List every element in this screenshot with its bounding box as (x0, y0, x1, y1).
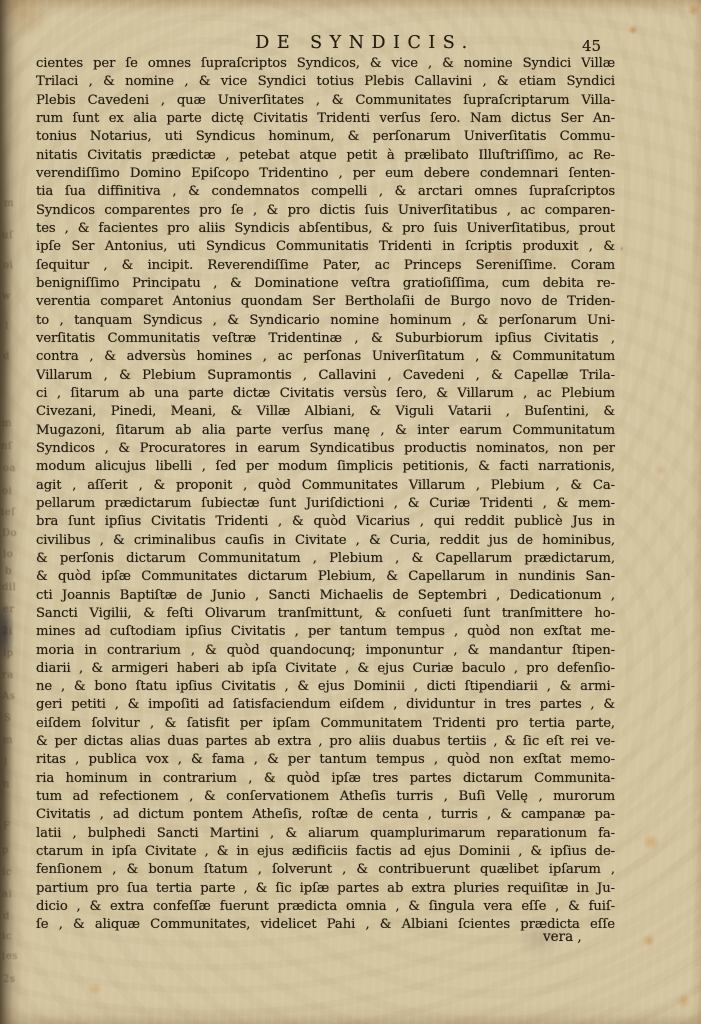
text-line: civilibus , & criminalibus cauſis in Civ… (36, 532, 615, 550)
text-line: ritas , publica vox , & fama , & per tan… (36, 751, 615, 769)
text-line: benigniſſimo Principatu , & Dominatione … (36, 275, 615, 293)
text-line: tia ſua diffinitiva , & condemnatos comp… (36, 183, 615, 201)
catchword: vera , (543, 929, 582, 945)
text-line: ria hominum in contrarium , & quòd ipſæ … (36, 770, 615, 788)
text-line: mines ad cuſtodiam ipſius Civitatis , pe… (36, 623, 615, 641)
text-line: modum alicujus libelli , ſed per modum ſ… (36, 458, 615, 476)
text-line: bra ſunt ipſius Civitatis Tridenti , & q… (36, 513, 615, 531)
text-line: eiſdem ſolvitur , & ſatisfit per ipſam C… (36, 715, 615, 733)
text-line: latii , bulphedi Sancti Martini , & alia… (36, 825, 615, 843)
text-line: & per dictas alias duas partes ab extra … (36, 733, 615, 751)
text-line: Sancti Vigilii, & feſti Olivarum tranſmi… (36, 605, 615, 623)
text-block: cientes per ſe omnes ſupraſcriptos Syndi… (36, 55, 615, 935)
text-line: dicio , & extra confeſſæ fuerunt prædict… (36, 898, 615, 916)
text-line: agit , aſſerit , & proponit , quòd Commu… (36, 477, 615, 495)
text-line: ne , & bono ſtatu ipſius Civitatis , & e… (36, 678, 615, 696)
text-line: tonius Notarius, uti Syndicus hominum, &… (36, 128, 615, 146)
text-line: Plebis Cavedeni , quæ Univerſitates , & … (36, 92, 615, 110)
page-number: 45 (582, 37, 601, 55)
text-line: ci , ſitarum ab una parte dictæ Civitati… (36, 385, 615, 403)
text-line: Trilaci , & nomine , & vice Syndici toti… (36, 73, 615, 91)
text-line: to , tanquam Syndicus , & Syndicario nom… (36, 312, 615, 330)
book-page: muſoiwldmnſoaoiieſDolobdiler2iipraAsSmln… (0, 0, 701, 1024)
text-line: & perſonis dictarum Communitatum , Plebi… (36, 550, 615, 568)
text-line: cientes per ſe omnes ſupraſcriptos Syndi… (36, 55, 615, 73)
text-line: Villarum , & Plebium Supramontis , Calla… (36, 367, 615, 385)
text-line: geri petiti , & impoſiti ad ſatisfaciend… (36, 696, 615, 714)
text-line: diarii , & armigeri haberi ab ipſa Civit… (36, 660, 615, 678)
text-line: Syndicos , & Procuratores in earum Syndi… (36, 440, 615, 458)
text-line: tum ad refectionem , & conſervationem At… (36, 788, 615, 806)
text-line: verſitatis Communitatis veſtræ Tridentin… (36, 330, 615, 348)
text-line: ſe , & aliquæ Communitates, videlicet Pa… (36, 916, 615, 934)
text-line: ctarum in ipſa Civitate , & in ejus ædif… (36, 843, 615, 861)
bleedthrough-mark: ’ (620, 247, 624, 258)
text-line: moria in contrarium , & quòd quandocunq;… (36, 642, 615, 660)
text-line: nitatis Civitatis prædictæ , petebat atq… (36, 147, 615, 165)
text-line: ipſe Ser Antonius, uti Syndicus Communit… (36, 238, 615, 256)
text-line: rum ſunt ex alia parte dictę Civitatis T… (36, 110, 615, 128)
text-line: verentia comparet Antonius quondam Ser B… (36, 293, 615, 311)
text-line: & quòd ipſæ Communitates dictarum Plebiu… (36, 568, 615, 586)
text-line: contra , & adversùs homines , ac perſona… (36, 348, 615, 366)
page-title: DE SYNDICIS. (150, 33, 580, 53)
text-line: tes , & facientes pro aliis Syndicis abſ… (36, 220, 615, 238)
text-line: Syndicos comparentes pro ſe , & pro dict… (36, 202, 615, 220)
text-line: Mugazoni, ſitarum ab alia parte verſus m… (36, 422, 615, 440)
text-line: Civezani, Pinedi, Meani, & Villæ Albiani… (36, 403, 615, 421)
text-line: cti Joannis Baptiſtæ de Junio , Sancti M… (36, 587, 615, 605)
text-line: partium pro ſua tertia parte , & ſic ipſ… (36, 880, 615, 898)
text-line: verendiſſimo Domino Epiſcopo Tridentino … (36, 165, 615, 183)
text-line: ſequitur , & incipit. Reverendiſſime Pat… (36, 257, 615, 275)
text-line: fenſionem , & bonum ſtatum , ſolverunt ,… (36, 861, 615, 879)
text-line: Civitatis , ad dictum pontem Atheſis, ro… (36, 806, 615, 824)
text-line: pellarum prædictarum ſubiectæ ſunt Juriſ… (36, 495, 615, 513)
